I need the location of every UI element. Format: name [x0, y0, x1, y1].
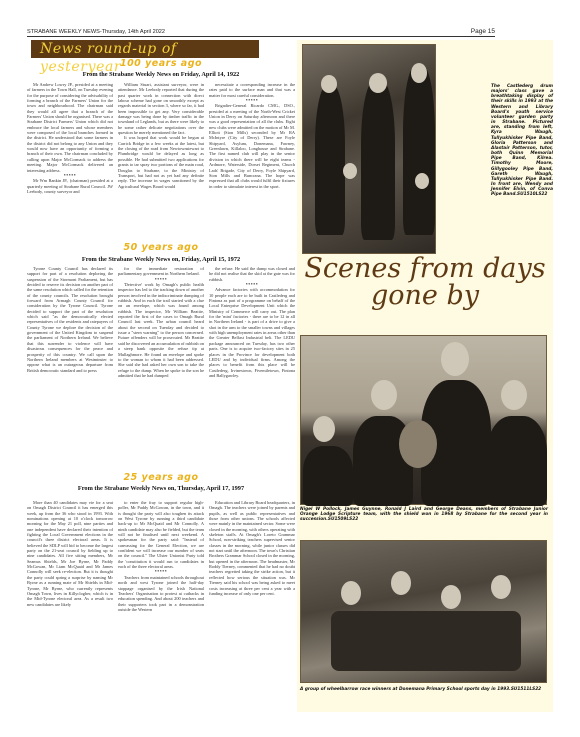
article-paragraph: Education and Library Board headquarters…	[209, 500, 295, 596]
column: Tyrone County Council has declared its s…	[27, 266, 113, 464]
running-head: STRABANE WEEKLY NEWS-Thursday, 14th Apri…	[27, 27, 495, 37]
era-heading-50: 50 years ago	[27, 243, 295, 253]
column: to enter the fray to support regular hig…	[118, 500, 204, 712]
article-paragraph: Tyrone County Council has declared its s…	[27, 266, 113, 373]
article-paragraph: Mr Wm Rankin JP., (chairman) presided at…	[27, 178, 113, 194]
photo-caption-wheelbarrow-race: A group of wheelbarrow race winners at D…	[300, 687, 548, 692]
source-line-1922: From the Strabane Weekly News on Friday,…	[27, 71, 295, 78]
article-paragraph: the refuse. He said the dump was closed …	[209, 266, 295, 282]
article-columns-1972: Tyrone County Council has declared its s…	[27, 266, 297, 464]
source-line-1972: From the Strabane Weekly News on, Friday…	[27, 256, 295, 263]
section-banner: News round-up of yesteryear	[31, 40, 259, 58]
photo-caption-scripture-team: Nigel W Pollock, James Guynne, Ronald J …	[300, 507, 548, 523]
column: the refuse. He said the dump was closed …	[209, 266, 295, 464]
photo-caption-drum-majors: The Castlederg drum majors' class gave a…	[491, 84, 553, 197]
article-paragraph: Brigadier-General Ricardo CMG., DSO., pr…	[209, 103, 295, 189]
column: for the immediate restoration of parliam…	[118, 266, 204, 464]
column: Education and Library Board headquarters…	[209, 500, 295, 712]
article-paragraph: More than 40 candidates may vie for a se…	[27, 500, 113, 607]
scenes-title: Scenes from days gone by	[297, 255, 553, 309]
article-paragraph: William Stuart, assistant surveyor, were…	[118, 82, 204, 135]
article-columns-1922: Mr Andrew Lowry JP., presided at a meeti…	[27, 82, 297, 224]
article-paragraph: 'Detective' work by Omagh's public healt…	[118, 282, 204, 378]
publication-line: STRABANE WEEKLY NEWS-Thursday, 14th Apri…	[27, 29, 165, 35]
article-paragraph: for the immediate restoration of parliam…	[118, 266, 204, 277]
column: William Stuart, assistant surveyor, were…	[118, 82, 204, 224]
article-paragraph: Mr Andrew Lowry JP., presided at a meeti…	[27, 82, 113, 173]
article-paragraph: It was hoped that work would be begun at…	[118, 135, 204, 188]
era-heading-100: 100 years ago	[27, 59, 295, 69]
era-heading-25: 25 years ago	[27, 473, 295, 483]
page-number: Page 15	[471, 28, 495, 35]
article-paragraph: necessitate a corresponding increase in …	[209, 82, 295, 98]
article-columns-1997: More than 40 candidates may vie for a se…	[27, 500, 297, 712]
column: necessitate a corresponding increase in …	[209, 82, 295, 224]
article-paragraph: to enter the fray to support regular hig…	[118, 500, 204, 569]
article-paragraph: Advance factories with accommodation for…	[209, 287, 295, 378]
photo-scripture-team	[300, 335, 547, 505]
column: Mr Andrew Lowry JP., presided at a meeti…	[27, 82, 113, 224]
photo-wheelbarrow-race	[300, 540, 547, 683]
photo-drum-majors	[302, 44, 436, 254]
column: More than 40 candidates may vie for a se…	[27, 500, 113, 712]
source-line-1997: From the Strabane Weekly News on, Thursd…	[27, 485, 295, 492]
article-paragraph: Teachers from maintained schools through…	[118, 575, 204, 612]
